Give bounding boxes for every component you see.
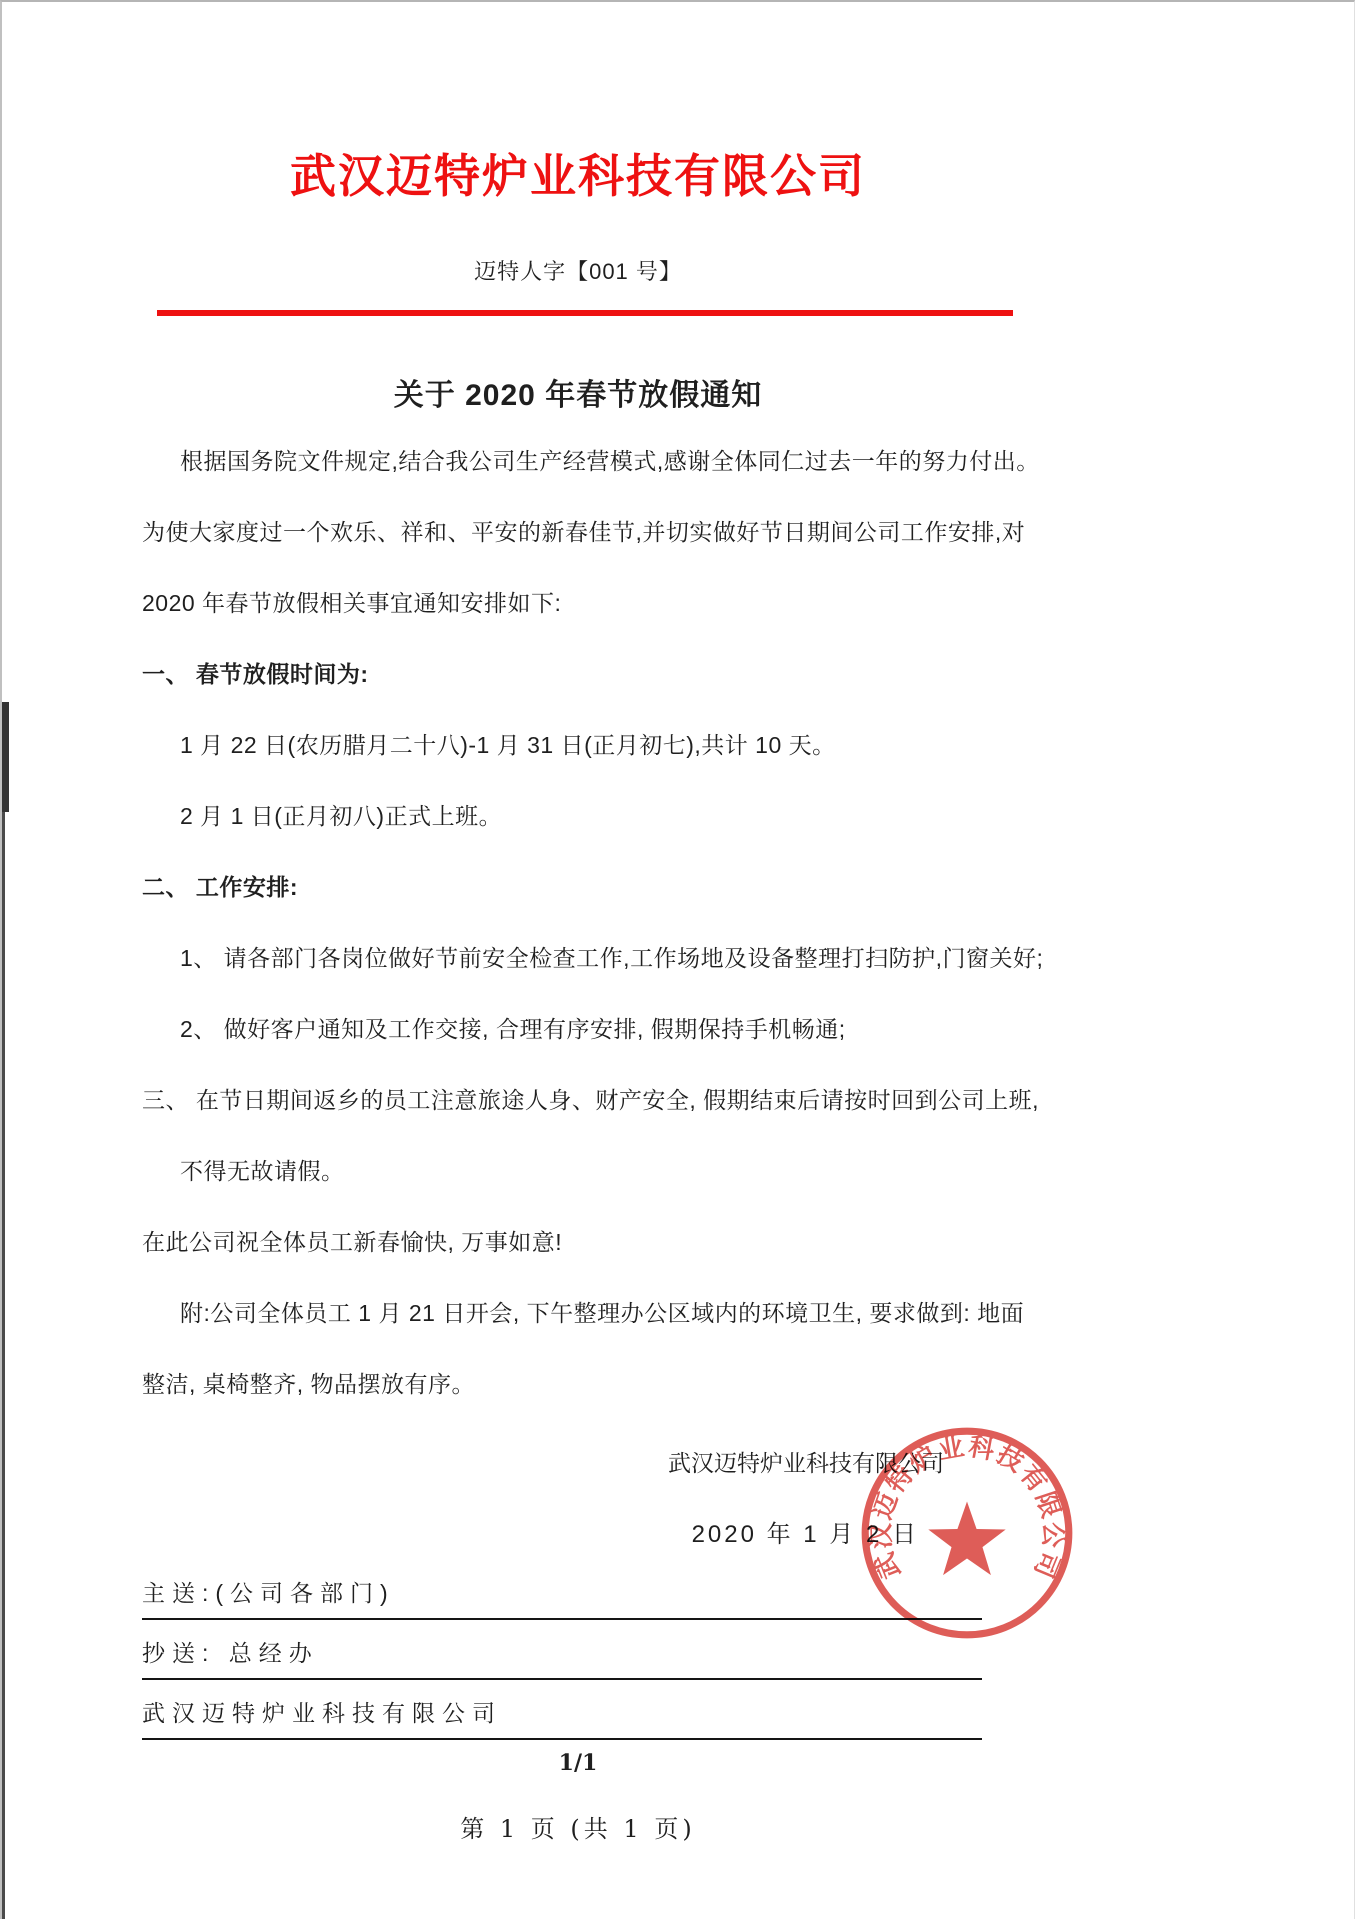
signature-company: 武汉迈特炉业科技有限公司 bbox=[142, 1446, 1014, 1481]
body-line: 2020 年春节放假相关事宜通知安排如下: bbox=[142, 568, 1014, 639]
document-page: 武汉迈特炉业科技有限公司 迈特人字【001 号】 关于 2020 年春节放假通知… bbox=[0, 0, 1355, 1919]
issuer-row: 武汉迈特炉业科技有限公司 bbox=[142, 1694, 982, 1740]
main-send-row: 主送:(公司各部门) bbox=[142, 1574, 982, 1620]
copy-send-row: 抄送: 总经办 bbox=[142, 1634, 982, 1680]
body-line: 为使大家度过一个欢乐、祥和、平安的新春佳节,并切实做好节日期间公司工作安排,对 bbox=[142, 497, 1014, 568]
body-line: 2 月 1 日(正月初八)正式上班。 bbox=[142, 781, 1014, 852]
body-line: 1、 请各部门各岗位做好节前安全检查工作,工作场地及设备整理打扫防护,门窗关好; bbox=[142, 923, 1014, 994]
left-edge-line bbox=[2, 812, 5, 1919]
body-line: 三、 在节日期间返乡的员工注意旅途人身、财产安全, 假期结束后请按时回到公司上班… bbox=[142, 1065, 1014, 1136]
company-title: 武汉迈特炉业科技有限公司 bbox=[142, 148, 1014, 204]
body-line: 一、 春节放假时间为: bbox=[142, 639, 1014, 710]
document-body: 根据国务院文件规定,结合我公司生产经营模式,感谢全体同仁过去一年的努力付出。为使… bbox=[142, 426, 1014, 1420]
body-line: 2、 做好客户通知及工作交接, 合理有序安排, 假期保持手机畅通; bbox=[142, 994, 1014, 1065]
page-fraction: 1/1 bbox=[142, 1748, 1014, 1778]
body-line: 1 月 22 日(农历腊月二十八)-1 月 31 日(正月初七),共计 10 天… bbox=[142, 710, 1014, 781]
body-line: 二、 工作安排: bbox=[142, 852, 1014, 923]
document-title: 关于 2020 年春节放假通知 bbox=[142, 376, 1014, 416]
body-line: 整洁, 桌椅整齐, 物品摆放有序。 bbox=[142, 1349, 1014, 1420]
body-line: 根据国务院文件规定,结合我公司生产经营模式,感谢全体同仁过去一年的努力付出。 bbox=[142, 426, 1014, 497]
body-line: 不得无故请假。 bbox=[142, 1136, 1014, 1207]
left-edge-bar bbox=[2, 702, 9, 812]
document-content: 武汉迈特炉业科技有限公司 迈特人字【001 号】 关于 2020 年春节放假通知… bbox=[142, 2, 1014, 1844]
signature-date: 2020 年 1 月 2 日 bbox=[142, 1517, 1014, 1552]
page-number-note: 第 1 页 (共 1 页) bbox=[142, 1814, 1014, 1844]
body-line: 附:公司全体员工 1 月 21 日开会, 下午整理办公区域内的环境卫生, 要求做… bbox=[142, 1278, 1014, 1349]
red-divider bbox=[157, 310, 1013, 316]
body-line: 在此公司祝全体员工新春愉快, 万事如意! bbox=[142, 1207, 1014, 1278]
doc-number: 迈特人字【001 号】 bbox=[142, 258, 1014, 286]
